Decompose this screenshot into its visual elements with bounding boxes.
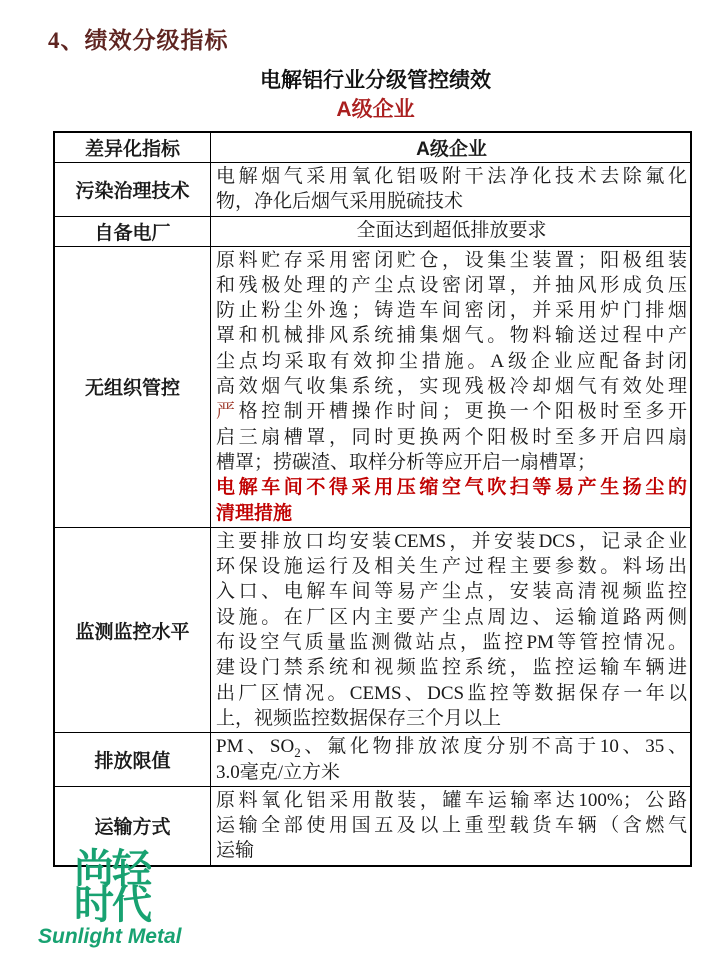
row-label: 无组织管控 (55, 247, 211, 527)
row-content: 原料氧化铝采用散装，罐车运输率达100%；公路运输全部使用国五及以上重型载货车辆… (211, 787, 690, 865)
logo-cn-line2: 时代 (74, 887, 166, 923)
logo-english-text: Sunlight Metal (38, 925, 238, 949)
text-line: 防止粉尘外逸；铸造车间密闭，并采用炉门排烟 (216, 298, 687, 323)
text-line: 全面达到超低排放要求 (216, 218, 687, 243)
table-row: 排放限值PM、SO2、氟化物排放浓度分别不高于10、35、3.0毫克/立方米 (55, 733, 690, 787)
text-line: 尘点均采取有效抑尘措施。A级企业应配备封闭 (216, 349, 687, 374)
row-label: 排放限值 (55, 733, 211, 786)
page-title: 4、绩效分级指标 (48, 22, 229, 55)
row-content: 电解烟气采用氧化铝吸附干法净化技术去除氟化物，净化后烟气采用脱硫技术 (211, 163, 690, 216)
table-header-row: 差异化指标 A级企业 (55, 133, 690, 163)
text-line: 设施。在厂区内主要产尘点周边、运输道路两侧 (216, 605, 687, 630)
text-line: 上，视频监控数据保存三个月以上 (216, 706, 687, 731)
text-segment: PM、SO (216, 736, 294, 757)
text-segment: 严 (216, 401, 239, 422)
sunlight-metal-logo: 尚轻 时代 Sunlight Metal (38, 851, 238, 949)
text-line: 原料氧化铝采用散装，罐车运输率达100%；公路 (216, 788, 687, 813)
table-row: 监测监控水平主要排放口均安装CEMS，并安装DCS，记录企业环保设施运行及相关生… (55, 528, 690, 733)
row-content: 全面达到超低排放要求 (211, 217, 690, 246)
text-segment: 、氟化物排放浓度分别不高于10、35、 (301, 736, 687, 757)
row-content: 主要排放口均安装CEMS，并安装DCS，记录企业环保设施运行及相关生产过程主要参… (211, 528, 690, 732)
text-line: 启三扇槽罩，同时更换两个阳极时至多开启四扇 (216, 425, 687, 450)
table-row: 污染治理技术电解烟气采用氧化铝吸附干法净化技术去除氟化物，净化后烟气采用脱硫技术 (55, 163, 690, 217)
text-line: 罩和机械排风系统捕集烟气。物料输送过程中产 (216, 323, 687, 348)
text-line: 环保设施运行及相关生产过程主要参数。料场出 (216, 554, 687, 579)
text-line: 和残极处理的产尘点设密闭罩，并抽风形成负压 (216, 273, 687, 298)
table-row: 无组织管控原料贮存采用密闭贮仓，设集尘装置；阳极组装和残极处理的产尘点设密闭罩，… (55, 247, 690, 528)
text-line: 建设门禁系统和视频监控系统，监控运输车辆进 (216, 655, 687, 680)
table-title: 电解铝行业分级管控绩效 (53, 64, 698, 94)
header-indicator-column: 差异化指标 (55, 133, 211, 162)
text-line: 高效烟气收集系统，实现残极冷却烟气有效处理 (216, 374, 687, 399)
text-line: 清理措施 (216, 501, 687, 526)
row-label: 自备电厂 (55, 217, 211, 246)
row-label: 污染治理技术 (55, 163, 211, 216)
text-line: 入口、电解车间等易产尘点，安装高清视频监控 (216, 579, 687, 604)
row-content: PM、SO2、氟化物排放浓度分别不高于10、35、3.0毫克/立方米 (211, 733, 690, 786)
grade-a-heading: A级企业 (53, 93, 698, 123)
text-line: 运输 (216, 838, 687, 863)
text-line: 出厂区情况。CEMS、DCS监控等数据保存一年以 (216, 681, 687, 706)
logo-chinese-text: 尚轻 时代 (74, 851, 166, 923)
text-line: 电解烟气采用氧化铝吸附干法净化技术去除氟化 (216, 164, 687, 189)
text-line: 3.0毫克/立方米 (216, 760, 687, 785)
row-label: 监测监控水平 (55, 528, 211, 732)
text-line: 严格控制开槽操作时间；更换一个阳极时至多开 (216, 399, 687, 424)
text-line: 布设空气质量监测微站点，监控PM等管控情况。 (216, 630, 687, 655)
header-grade-column: A级企业 (211, 133, 690, 162)
text-line: 原料贮存采用密闭贮仓，设集尘装置；阳极组装 (216, 248, 687, 273)
text-line: 物，净化后烟气采用脱硫技术 (216, 189, 687, 214)
text-segment: 格控制开槽操作时间；更换一个阳极时至多开 (239, 401, 687, 422)
text-line: 槽罩；捞碳渣、取样分析等应开启一扇槽罩； (216, 450, 687, 475)
text-line: 电解车间不得采用压缩空气吹扫等易产生扬尘的 (216, 475, 687, 500)
text-line: 主要排放口均安装CEMS，并安装DCS，记录企业 (216, 529, 687, 554)
logo-cn-line1: 尚轻 (74, 851, 166, 887)
text-line: PM、SO2、氟化物排放浓度分别不高于10、35、 (216, 734, 687, 759)
table-row: 自备电厂全面达到超低排放要求 (55, 217, 690, 247)
table-rows: 污染治理技术电解烟气采用氧化铝吸附干法净化技术去除氟化物，净化后烟气采用脱硫技术… (55, 163, 690, 865)
grade-table: 差异化指标 A级企业 污染治理技术电解烟气采用氧化铝吸附干法净化技术去除氟化物，… (53, 131, 692, 867)
text-line: 运输全部使用国五及以上重型载货车辆（含燃气 (216, 813, 687, 838)
row-content: 原料贮存采用密闭贮仓，设集尘装置；阳极组装和残极处理的产尘点设密闭罩，并抽风形成… (211, 247, 690, 527)
